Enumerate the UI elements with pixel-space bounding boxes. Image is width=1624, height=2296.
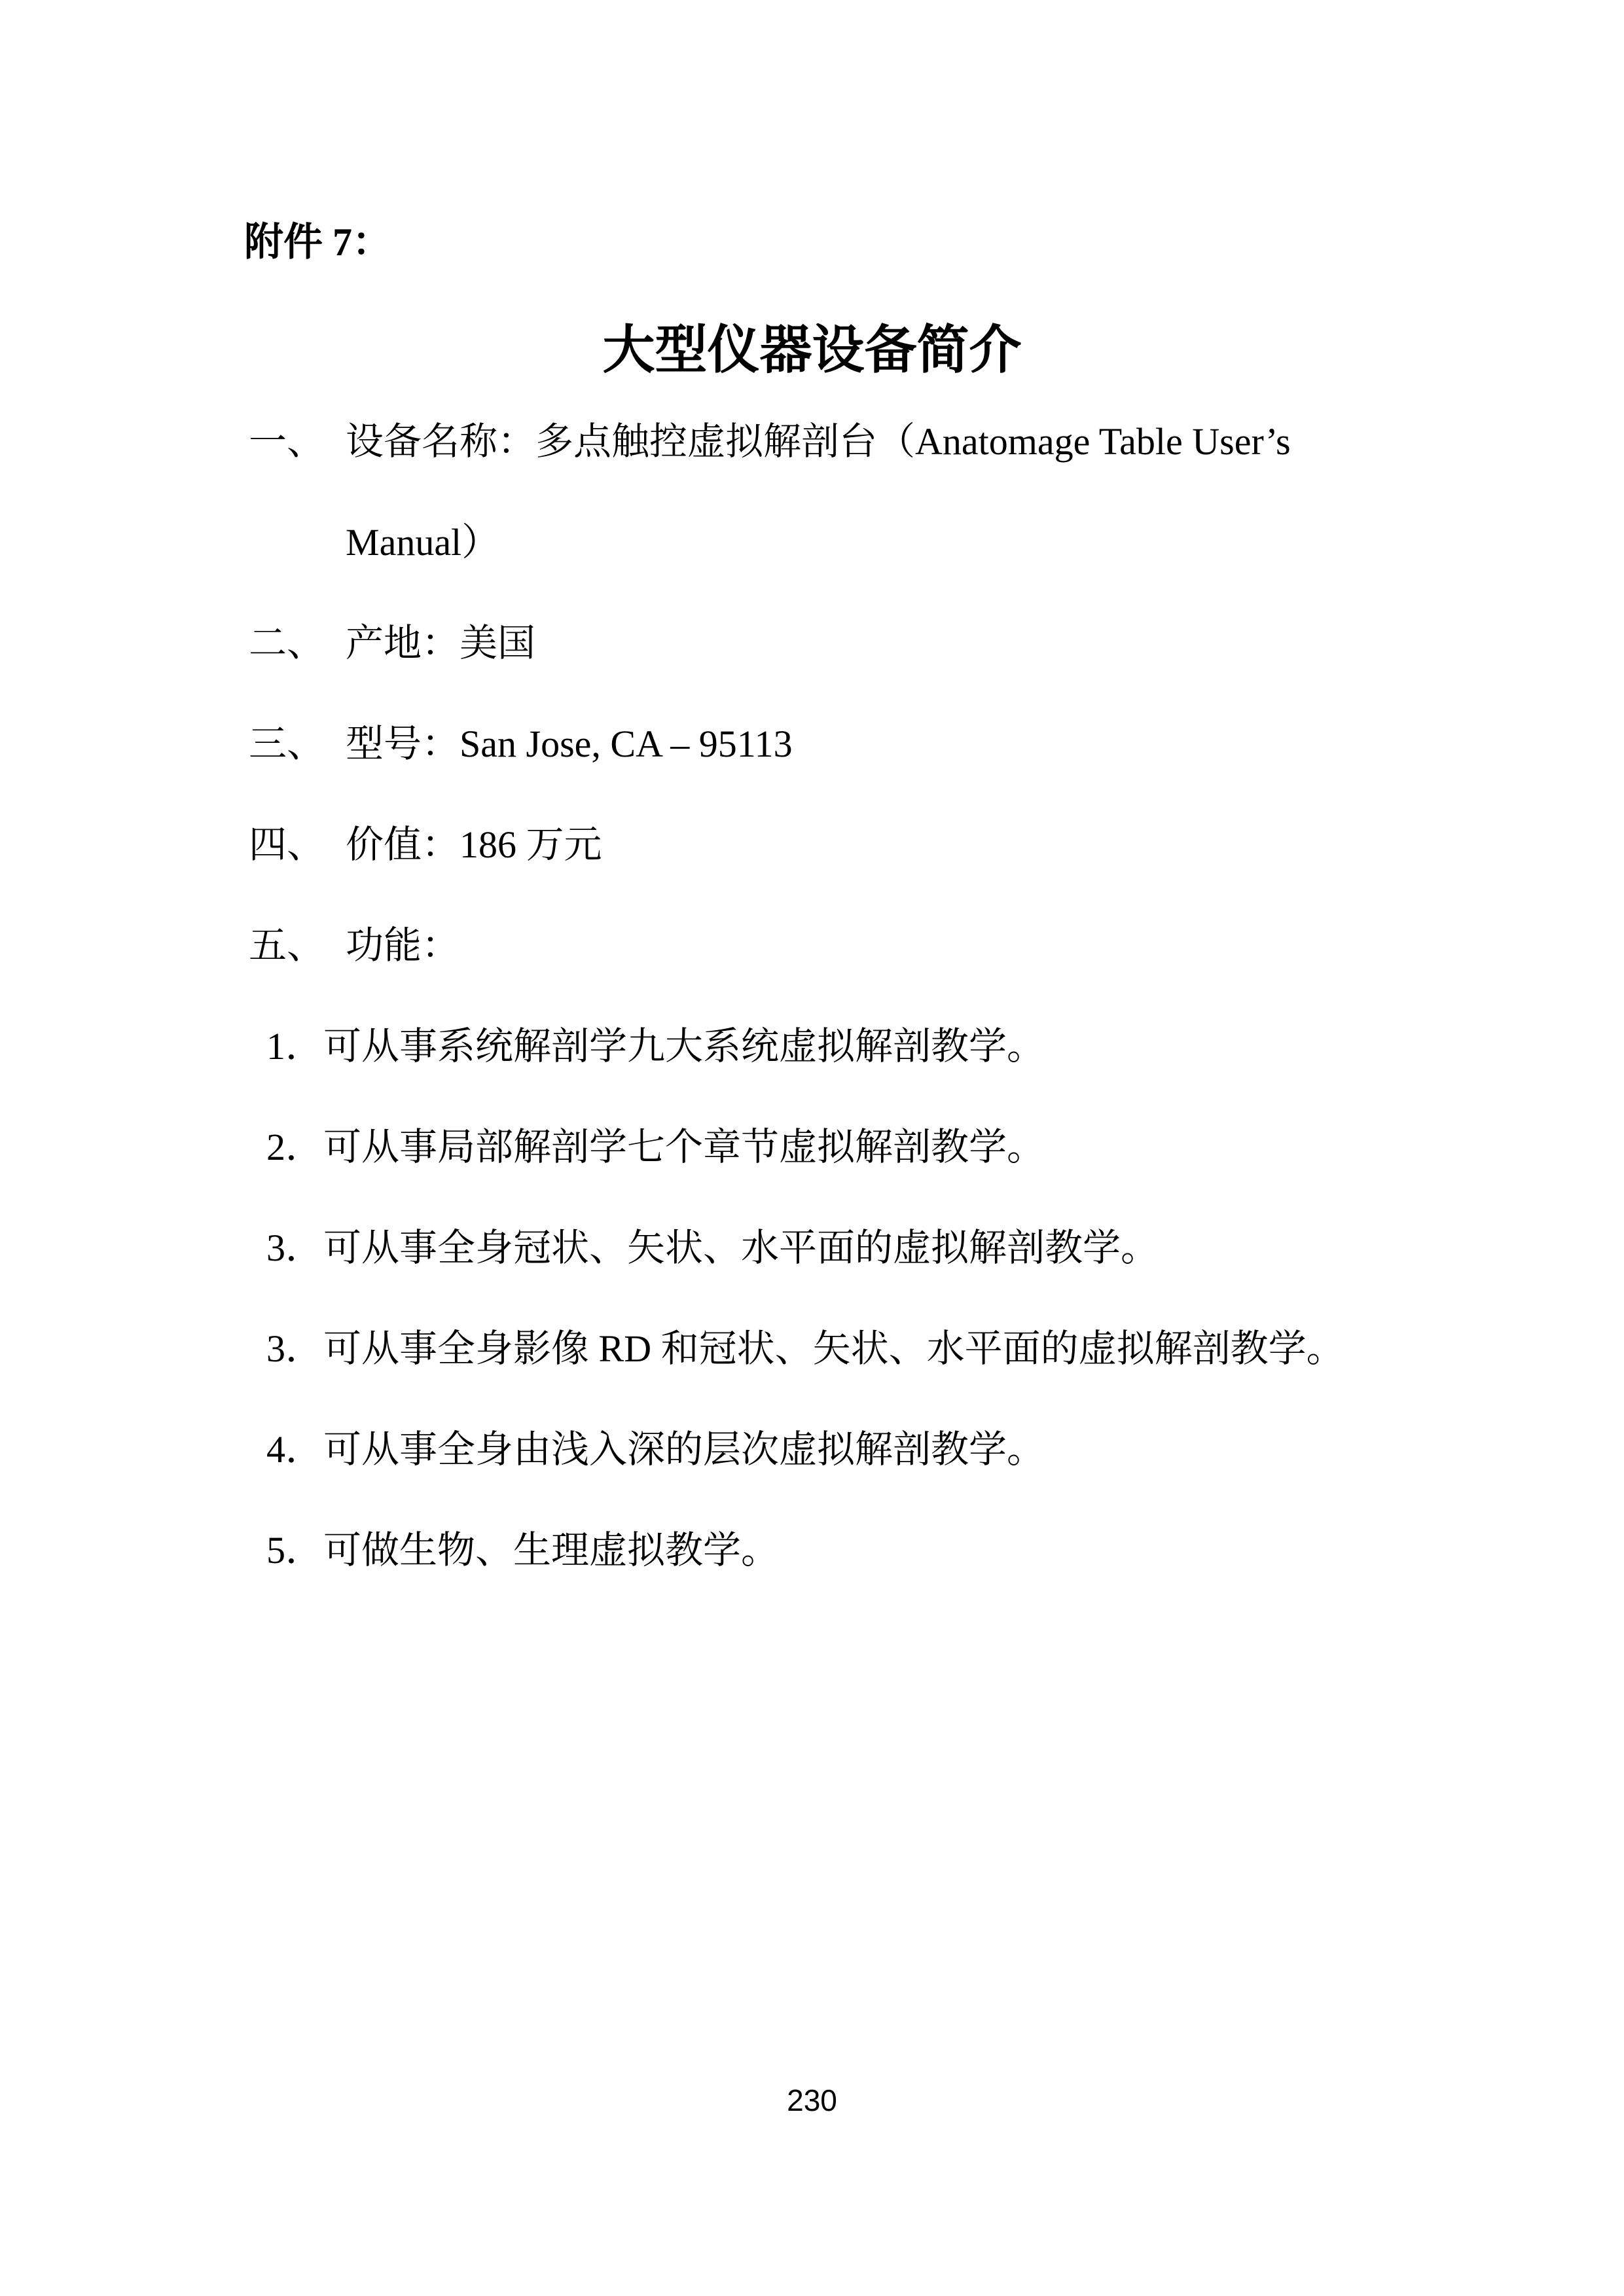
item-number: 一、 <box>249 423 346 461</box>
function-item-5: 5．可做生物、生理虚拟教学。 <box>266 1532 779 1570</box>
function-number: 4． <box>266 1428 323 1471</box>
function-text: 可从事系统解剖学九大系统虚拟解剖教学。 <box>323 1025 1045 1067</box>
function-text: 可做生物、生理虚拟教学。 <box>323 1529 779 1571</box>
item-number: 三、 <box>249 725 346 763</box>
list-item-origin: 二、产地：美国 <box>249 624 535 662</box>
item-number: 五、 <box>249 927 346 965</box>
function-item-3b: 3．可从事全身影像 RD 和冠状、矢状、水平面的虚拟解剖教学。 <box>266 1330 1344 1368</box>
page-number: 230 <box>0 2085 1624 2115</box>
list-item-model: 三、型号：San Jose, CA – 95113 <box>249 725 793 763</box>
function-text: 可从事局部解剖学七个章节虚拟解剖教学。 <box>323 1126 1045 1168</box>
function-item-3: 3．可从事全身冠状、矢状、水平面的虚拟解剖教学。 <box>266 1229 1159 1267</box>
item-number: 四、 <box>249 826 346 864</box>
function-number: 3． <box>266 1327 323 1370</box>
function-item-1: 1．可从事系统解剖学九大系统虚拟解剖教学。 <box>266 1028 1045 1066</box>
item-text: 型号：San Jose, CA – 95113 <box>346 723 793 765</box>
function-number: 1． <box>266 1025 323 1067</box>
list-item-device-name: 一、设备名称：多点触控虚拟解剖台（Anatomage Table User’s <box>249 423 1291 461</box>
function-number: 3． <box>266 1227 323 1269</box>
function-text: 可从事全身冠状、矢状、水平面的虚拟解剖教学。 <box>323 1227 1159 1269</box>
page-title: 大型仪器设备简介 <box>0 325 1624 377</box>
list-item-device-name-continuation: Manual） <box>346 524 499 562</box>
function-text: 可从事全身由浅入深的层次虚拟解剖教学。 <box>323 1428 1045 1471</box>
item-text: 功能： <box>346 924 460 967</box>
attachment-label: 附件 7： <box>244 223 391 262</box>
item-text: 价值：186 万元 <box>346 823 602 866</box>
function-item-4: 4．可从事全身由浅入深的层次虚拟解剖教学。 <box>266 1431 1045 1469</box>
function-number: 2． <box>266 1126 323 1168</box>
item-number: 二、 <box>249 624 346 662</box>
item-text: 产地：美国 <box>346 622 535 664</box>
function-number: 5． <box>266 1529 323 1571</box>
function-text: 可从事全身影像 RD 和冠状、矢状、水平面的虚拟解剖教学。 <box>323 1327 1344 1370</box>
function-item-2: 2．可从事局部解剖学七个章节虚拟解剖教学。 <box>266 1128 1045 1166</box>
list-item-value: 四、价值：186 万元 <box>249 826 602 864</box>
item-text: 设备名称：多点触控虚拟解剖台（Anatomage Table User’s <box>346 420 1291 463</box>
list-item-functions: 五、功能： <box>249 927 460 965</box>
document-page: 附件 7： 大型仪器设备简介 一、设备名称：多点触控虚拟解剖台（Anatomag… <box>0 0 1624 2296</box>
